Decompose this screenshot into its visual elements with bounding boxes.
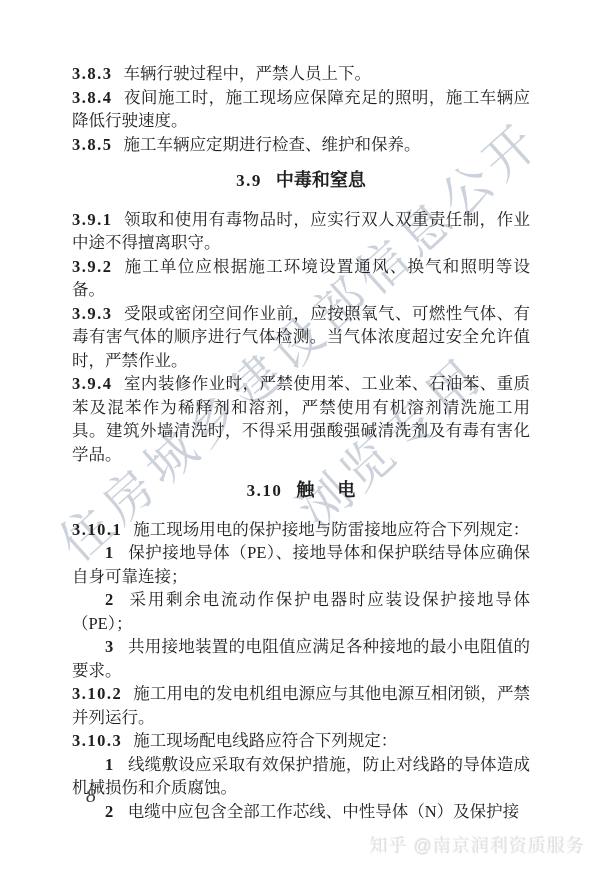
- zhihu-attribution-watermark: 知乎 @南京润利资质服务: [370, 832, 585, 858]
- clause-number: 3.10.2: [72, 684, 122, 703]
- clause-text: 施工单位应根据施工环境设置通风、换气和照明等设备。: [72, 257, 530, 300]
- clause-paragraph: 3.10.2施工用电的发电机组电源应与其他电源互相闭锁，严禁并列运行。: [72, 682, 530, 729]
- clause-number: 3.8.3: [72, 64, 113, 83]
- clause-paragraph: 3.9.2施工单位应根据施工环境设置通风、换气和照明等设备。: [72, 255, 530, 302]
- clause-number: 3.9.2: [72, 257, 113, 276]
- document-body: 3.8.3车辆行驶过程中，严禁人员上下。3.8.4夜间施工时，施工现场应保障充足…: [72, 62, 530, 823]
- numbered-list-item: 2采用剩余电流动作保护电器时应装设保护接地导体（PE）；: [72, 588, 530, 635]
- numbered-list-item: 1保护接地导体（PE）、接地导体和保护联结导体应确保自身可靠连接；: [72, 541, 530, 588]
- numbered-list-item: 1线缆敷设应采取有效保护措施，防止对线路的导体造成机械损伤和介质腐蚀。: [72, 753, 530, 800]
- clause-text: 受限或密闭空间作业前，应按照氧气、可燃性气体、有毒有害气体的顺序进行气体检测。当…: [72, 304, 530, 370]
- clause-text: 电缆中应包含全部工作芯线、中性导体（N）及保护接: [128, 802, 519, 821]
- section-title: 中毒和窒息: [276, 170, 366, 190]
- clause-text: 采用剩余电流动作保护电器时应装设保护接地导体（PE）；: [72, 590, 530, 633]
- clause-text: 线缆敷设应采取有效保护措施，防止对线路的导体造成机械损伤和介质腐蚀。: [72, 755, 530, 798]
- clause-number: 1: [105, 755, 115, 774]
- clause-text: 领取和使用有毒物品时，应实行双人双重责任制，作业中途不得擅离职守。: [72, 210, 530, 253]
- clause-paragraph: 3.10.1施工现场用电的保护接地与防雷接地应符合下列规定：: [72, 518, 530, 542]
- clause-number: 3.8.4: [72, 88, 113, 107]
- clause-number: 1: [105, 543, 115, 562]
- clause-number: 3.8.5: [72, 135, 113, 154]
- clause-paragraph: 3.8.5施工车辆应定期进行检查、维护和保养。: [72, 133, 530, 157]
- clause-paragraph: 3.8.4夜间施工时，施工现场应保障充足的照明，施工车辆应降低行驶速度。: [72, 86, 530, 133]
- clause-text: 共用接地装置的电阻值应满足各种接地的最小电阻值的要求。: [72, 637, 530, 680]
- page-number: 8: [86, 785, 96, 808]
- clause-paragraph: 3.9.4室内装修作业时，严禁使用苯、工业苯、石油苯、重质苯及混苯作为稀释剂和溶…: [72, 372, 530, 466]
- clause-text: 施工用电的发电机组电源应与其他电源互相闭锁，严禁并列运行。: [72, 684, 530, 727]
- document-page: 住房城乡建设部信息公开 浏览专用 3.8.3车辆行驶过程中，严禁人员上下。3.8…: [0, 0, 600, 869]
- clause-paragraph: 3.8.3车辆行驶过程中，严禁人员上下。: [72, 62, 530, 86]
- numbered-list-item: 2电缆中应包含全部工作芯线、中性导体（N）及保护接: [72, 800, 530, 824]
- clause-number: 2: [105, 590, 115, 609]
- section-number: 3.9: [236, 171, 262, 190]
- clause-text: 施工现场用电的保护接地与防雷接地应符合下列规定：: [133, 520, 529, 539]
- clause-number: 3.10.3: [72, 731, 122, 750]
- clause-number: 3: [105, 637, 115, 656]
- section-heading: 3.9中毒和窒息: [72, 169, 530, 193]
- clause-text: 车辆行驶过程中，严禁人员上下。: [124, 64, 372, 83]
- clause-number: 3.9.3: [72, 304, 113, 323]
- clause-text: 保护接地导体（PE）、接地导体和保护联结导体应确保自身可靠连接；: [72, 543, 530, 586]
- clause-number: 3.9.1: [72, 210, 113, 229]
- clause-paragraph: 3.9.3受限或密闭空间作业前，应按照氧气、可燃性气体、有毒有害气体的顺序进行气…: [72, 302, 530, 373]
- clause-text: 室内装修作业时，严禁使用苯、工业苯、石油苯、重质苯及混苯作为稀释剂和溶剂，严禁使…: [72, 374, 530, 464]
- section-title: 触 电: [296, 480, 355, 500]
- numbered-list-item: 3共用接地装置的电阻值应满足各种接地的最小电阻值的要求。: [72, 635, 530, 682]
- clause-paragraph: 3.9.1领取和使用有毒物品时，应实行双人双重责任制，作业中途不得擅离职守。: [72, 208, 530, 255]
- clause-text: 施工车辆应定期进行检查、维护和保养。: [124, 135, 421, 154]
- clause-text: 施工现场配电线路应符合下列规定：: [133, 731, 397, 750]
- clause-paragraph: 3.10.3施工现场配电线路应符合下列规定：: [72, 729, 530, 753]
- clause-number: 2: [105, 802, 115, 821]
- clause-text: 夜间施工时，施工现场应保障充足的照明，施工车辆应降低行驶速度。: [72, 88, 530, 131]
- section-number: 3.10: [247, 481, 283, 500]
- section-heading: 3.10触 电: [72, 479, 530, 503]
- clause-number: 3.9.4: [72, 374, 113, 393]
- clause-number: 3.10.1: [72, 520, 122, 539]
